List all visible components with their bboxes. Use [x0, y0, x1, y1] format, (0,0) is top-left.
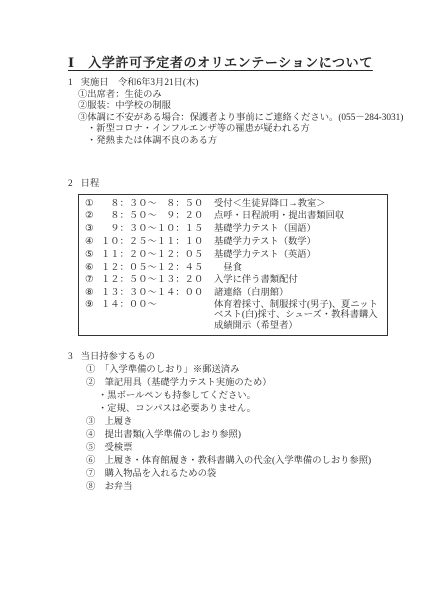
section-3-heading: 3 当日持参するもの [68, 351, 371, 364]
row-desc: 受付＜生徒昇降口→教室＞ [214, 198, 383, 211]
implementation-item-attendees: ①出席者：生徒のみ [78, 90, 403, 102]
row-desc-sub: 成績開示（希望者） [214, 321, 383, 331]
row-time: １３：３０～１４：００ [101, 287, 214, 300]
schedule-row-rollcall: ② ８：５０～ ９：２０ 点呼・日程説明・提出書類回収 [85, 210, 383, 223]
belongings-item-guidebook: ① 「入学準備のしおり」※郵送済み [86, 364, 371, 377]
row-desc: 入学に伴う書類配付 [214, 274, 383, 287]
row-desc: 基礎学力テスト（国語） [214, 223, 383, 236]
section-schedule: 2 日程 ① ８：３０～ ８：５０ 受付＜生徒昇降口→教室＞ ② ８：５０～ ９… [68, 179, 388, 336]
belongings-bullet-ruler: ・定規、コンパスは必要ありません。 [98, 403, 371, 416]
row-number: ⑨ [85, 300, 101, 331]
row-desc: 昼食 [214, 262, 383, 275]
row-time: １２：０５～１２：４５ [101, 262, 214, 275]
schedule-row-reception: ① ８：３０～ ８：５０ 受付＜生徒昇降口→教室＞ [85, 198, 383, 211]
belongings-item-indoor-shoes: ③ 上履き [86, 416, 371, 429]
schedule-row-lunch: ⑥ １２：０５～１２：４５ 昼食 [85, 262, 383, 275]
row-desc: 基礎学力テスト（英語） [214, 249, 383, 262]
row-time: １４：００～ [101, 300, 214, 331]
row-desc: 体育着採寸、制服採寸(男子)、夏ニットベスト(白)採寸、シューズ・教科書購入 成… [214, 300, 383, 331]
row-desc: 基礎学力テスト（数学） [214, 236, 383, 249]
section-implementation: 1 実施日 令和6年3月21日(木) ①出席者：生徒のみ ②服装：中学校の制服 … [68, 78, 403, 148]
schedule-row-documents: ⑦ １２：５０～１３：２０ 入学に伴う書類配付 [85, 274, 383, 287]
row-number: ③ [85, 223, 101, 236]
row-time: ８：５０～ ９：２０ [101, 210, 214, 223]
row-desc: 諸連絡（白朋館） [214, 287, 383, 300]
row-number: ⑥ [85, 262, 101, 275]
schedule-row-test-japanese: ③ ９：３０～１０：１５ 基礎学力テスト（国語） [85, 223, 383, 236]
row-number: ④ [85, 236, 101, 249]
belongings-item-bag: ⑦ 購入物品を入れるための袋 [86, 468, 371, 481]
row-time: １１：２０～１２：０５ [101, 249, 214, 262]
page-title: Ⅰ 入学許可予定者のオリエンテーションについて [68, 52, 373, 71]
row-number: ① [85, 198, 101, 211]
section-2-title: 日程 [81, 179, 100, 191]
belongings-item-submission-docs: ④ 提出書類(入学準備のしおり参照) [86, 429, 371, 442]
row-number: ⑦ [85, 274, 101, 287]
section-1-heading: 1 実施日 令和6年3月21日(木) [68, 78, 403, 90]
row-time: １２：５０～１３：２０ [101, 274, 214, 287]
row-time: ９：３０～１０：１５ [101, 223, 214, 236]
section-belongings: 3 当日持参するもの ① 「入学準備のしおり」※郵送済み ② 筆記用具（基礎学力… [68, 351, 371, 494]
schedule-row-measuring: ⑨ １４：００～ 体育着採寸、制服採寸(男子)、夏ニットベスト(白)採寸、シュー… [85, 300, 383, 331]
belongings-item-exam-slip: ⑤ 受検票 [86, 442, 371, 455]
implementation-item-health-contact: ③体調に不安がある場合：保護者より事前にご連絡ください。(055－284-303… [78, 113, 403, 125]
row-number: ② [85, 210, 101, 223]
section-2-number: 2 [68, 179, 73, 191]
belongings-item-stationery: ② 筆記用具（基礎学力テスト実施のため） [86, 377, 371, 390]
section-3-number: 3 [68, 351, 73, 364]
row-desc-main: 体育着採寸、制服採寸(男子)、夏ニットベスト(白)採寸、シューズ・教科書購入 [214, 300, 383, 321]
implementation-bullet-fever: ・発熱または体調不良のある方 [87, 136, 403, 148]
belongings-bullet-pen: ・黒ボールペンも持参してください。 [98, 390, 371, 403]
document-page: Ⅰ 入学許可予定者のオリエンテーションについて 1 実施日 令和6年3月21日(… [0, 0, 424, 600]
row-time: １０：２５～１１：１０ [101, 236, 214, 249]
row-number: ⑤ [85, 249, 101, 262]
belongings-item-payment: ⑥ 上履き・体育館履き・教科書購入の代金(入学準備のしおり参照) [86, 455, 371, 468]
implementation-item-dress: ②服装：中学校の制服 [78, 101, 403, 113]
schedule-row-test-math: ④ １０：２５～１１：１０ 基礎学力テスト（数学） [85, 236, 383, 249]
row-time: ８：３０～ ８：５０ [101, 198, 214, 211]
belongings-item-lunchbox: ⑧ お弁当 [86, 481, 371, 494]
schedule-row-test-english: ⑤ １１：２０～１２：０５ 基礎学力テスト（英語） [85, 249, 383, 262]
schedule-table: ① ８：３０～ ８：５０ 受付＜生徒昇降口→教室＞ ② ８：５０～ ９：２０ 点… [78, 194, 388, 337]
section-3-title: 当日持参するもの [81, 351, 155, 364]
section-2-heading: 2 日程 [68, 179, 388, 191]
section-1-number: 1 [68, 78, 73, 90]
schedule-row-announcements: ⑧ １３：３０～１４：００ 諸連絡（白朋館） [85, 287, 383, 300]
section-1-title: 実施日 令和6年3月21日(木) [81, 78, 199, 90]
row-number: ⑧ [85, 287, 101, 300]
implementation-bullet-covid: ・新型コロナ・インフルエンザ等の罹患が疑われる方 [87, 124, 403, 136]
row-desc: 点呼・日程説明・提出書類回収 [214, 210, 383, 223]
